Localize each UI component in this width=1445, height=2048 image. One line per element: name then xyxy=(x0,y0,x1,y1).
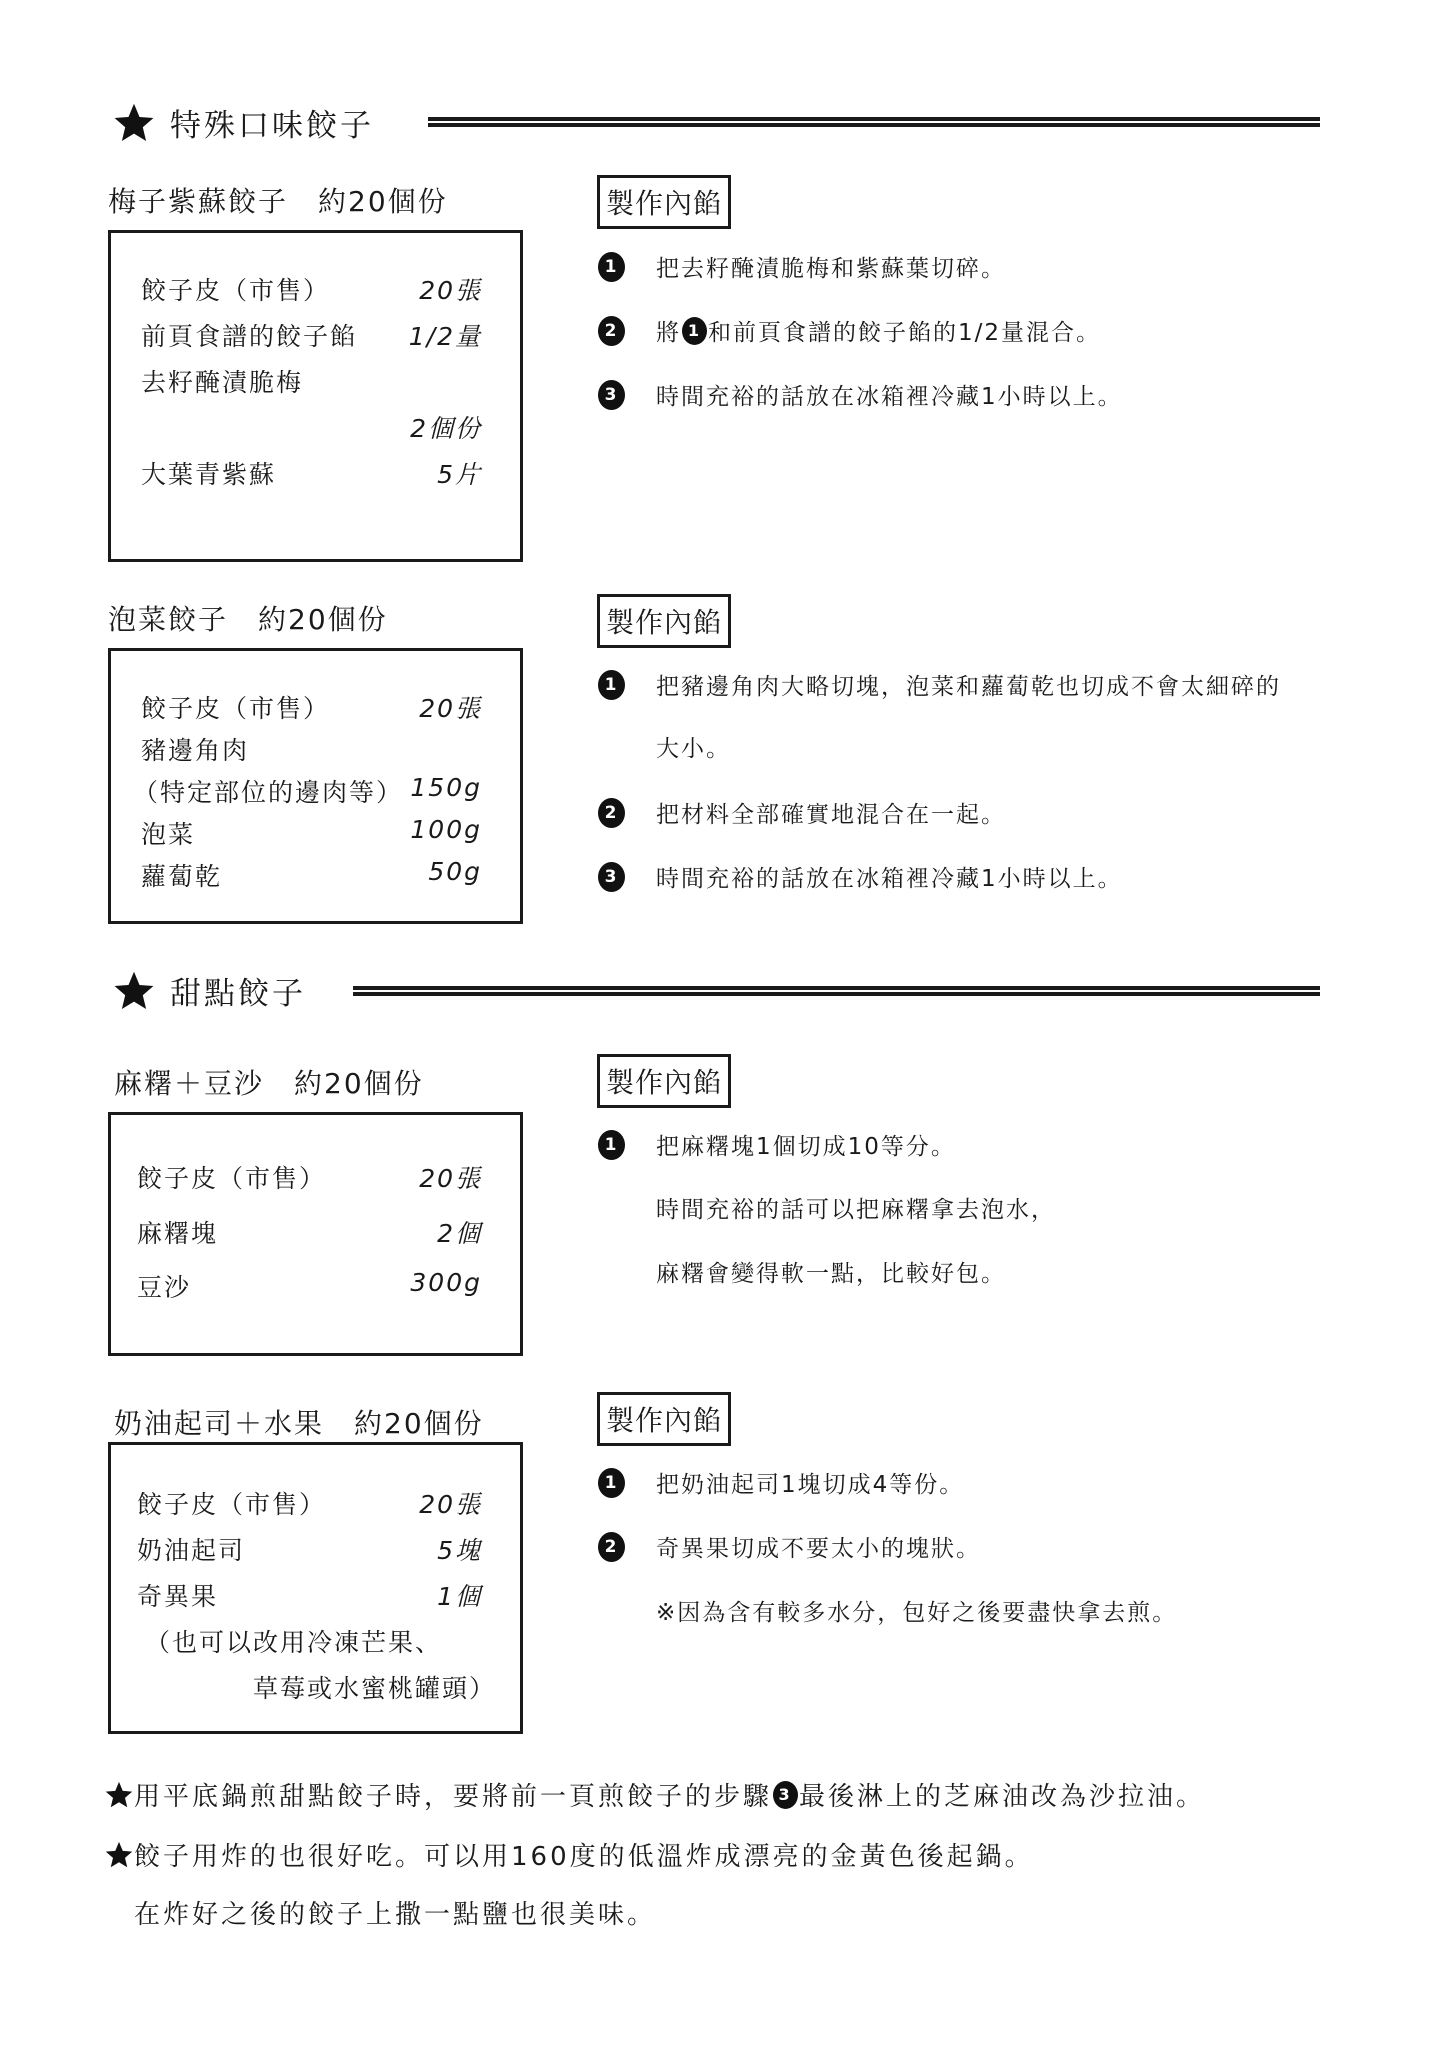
step-number-badge: 2 xyxy=(598,798,625,828)
step-item: 3時間充裕的話放在冰箱裡冷藏1小時以上。 xyxy=(598,378,1123,411)
step-continuation: 麻糬會變得軟一點，比較好包。 xyxy=(656,1255,1006,1288)
step-item: 1把去籽醃漬脆梅和紫蘇葉切碎。 xyxy=(598,250,1006,283)
ingredient-row: 餃子皮（市售）20張 xyxy=(141,689,482,725)
step-item: 1把豬邊角肉大略切塊，泡菜和蘿蔔乾也切成不會太細碎的 xyxy=(598,668,1281,701)
ingredient-row: 前頁食譜的餃子餡1/2量 xyxy=(141,317,482,353)
step-note: ※因為含有較多水分，包好之後要盡快拿去煎。 xyxy=(656,1594,1177,1627)
ingredient-row: 麻糬塊2個 xyxy=(137,1214,482,1250)
ingredient-row: 豆沙300g xyxy=(137,1268,482,1304)
step-number-badge: 3 xyxy=(598,380,625,410)
step-number-badge: 1 xyxy=(598,252,625,282)
steps-label: 製作內餡 xyxy=(597,594,731,648)
step-continuation: 大小。 xyxy=(656,730,731,763)
step-item: 2把材料全部確實地混合在一起。 xyxy=(598,796,1006,829)
step-item: 2將1和前頁食譜的餃子餡的1/2量混合。 xyxy=(598,314,1101,347)
step-number-badge: 2 xyxy=(598,1532,625,1562)
ingredient-row: 餃子皮（市售）20張 xyxy=(137,1485,482,1521)
ingredient-row: 2個份 xyxy=(141,409,482,445)
step-number-badge: 2 xyxy=(598,316,625,346)
star-icon xyxy=(112,969,156,1013)
steps-label: 製作內餡 xyxy=(597,175,731,229)
section-heading-dessert: 甜點餃子 xyxy=(112,968,306,1013)
step-number-badge: 3 xyxy=(598,862,625,892)
double-rule-divider xyxy=(353,986,1320,996)
ingredient-row: 餃子皮（市售）20張 xyxy=(137,1159,482,1195)
ingredient-row: 蘿蔔乾50g xyxy=(141,857,482,893)
ingredient-row: 奶油起司5塊 xyxy=(137,1531,482,1567)
recipe-title: 奶油起司＋水果 約20個份 xyxy=(114,1402,484,1442)
section-heading-special: 特殊口味餃子 xyxy=(112,100,374,145)
steps-label: 製作內餡 xyxy=(597,1054,731,1108)
ingredient-row: 泡菜100g xyxy=(141,815,482,851)
step-ref-badge: 1 xyxy=(682,317,707,345)
step-item: 3時間充裕的話放在冰箱裡冷藏1小時以上。 xyxy=(598,860,1123,893)
star-icon xyxy=(112,101,156,145)
ingredients-box: 餃子皮（市售）20張 前頁食譜的餃子餡1/2量 去籽醃漬脆梅 2個份 大葉青紫蘇… xyxy=(108,230,523,562)
ingredient-row: 大葉青紫蘇5片 xyxy=(141,455,482,491)
section-title: 特殊口味餃子 xyxy=(170,100,374,145)
step-ref-badge: 3 xyxy=(773,1781,798,1809)
ingredients-box: 餃子皮（市售）20張 麻糬塊2個 豆沙300g xyxy=(108,1112,523,1356)
step-number-badge: 1 xyxy=(598,1130,625,1160)
double-rule-divider xyxy=(428,117,1320,127)
recipe-title: 梅子紫蘇餃子 約20個份 xyxy=(108,180,448,220)
recipe-title: 泡菜餃子 約20個份 xyxy=(108,598,388,638)
step-number-badge: 1 xyxy=(598,1468,625,1498)
step-item: 1把麻糬塊1個切成10等分。 xyxy=(598,1128,956,1161)
ingredient-row: （特定部位的邊肉等）150g xyxy=(133,773,482,809)
star-icon xyxy=(104,1840,134,1870)
step-item: 2奇異果切成不要太小的塊狀。 xyxy=(598,1530,981,1563)
footer-note: 用平底鍋煎甜點餃子時，要將前一頁煎餃子的步驟3最後淋上的芝麻油改為沙拉油。 xyxy=(104,1776,1205,1813)
footer-note: 在炸好之後的餃子上撒一點鹽也很美味。 xyxy=(134,1894,656,1931)
recipe-title: 麻糬＋豆沙 約20個份 xyxy=(114,1062,424,1102)
ingredient-row: 奇異果1個 xyxy=(137,1577,482,1613)
ingredient-row: （也可以改用冷凍芒果、 xyxy=(145,1623,482,1659)
star-icon xyxy=(104,1780,134,1810)
steps-label: 製作內餡 xyxy=(597,1392,731,1446)
step-number-badge: 1 xyxy=(598,670,625,700)
section-title: 甜點餃子 xyxy=(170,968,306,1013)
ingredient-row: 餃子皮（市售）20張 xyxy=(141,271,482,307)
footer-note: 餃子用炸的也很好吃。可以用160度的低溫炸成漂亮的金黃色後起鍋。 xyxy=(104,1836,1034,1873)
ingredient-row: 豬邊角肉 xyxy=(141,731,482,767)
ingredient-row: 草莓或水蜜桃罐頭） xyxy=(145,1669,482,1705)
ingredient-row: 去籽醃漬脆梅 xyxy=(141,363,482,399)
ingredients-box: 餃子皮（市售）20張 奶油起司5塊 奇異果1個 （也可以改用冷凍芒果、 草莓或水… xyxy=(108,1442,523,1734)
step-item: 1把奶油起司1塊切成4等份。 xyxy=(598,1466,964,1499)
ingredients-box: 餃子皮（市售）20張 豬邊角肉 （特定部位的邊肉等）150g 泡菜100g 蘿蔔… xyxy=(108,648,523,924)
step-continuation: 時間充裕的話可以把麻糬拿去泡水， xyxy=(656,1191,1056,1224)
